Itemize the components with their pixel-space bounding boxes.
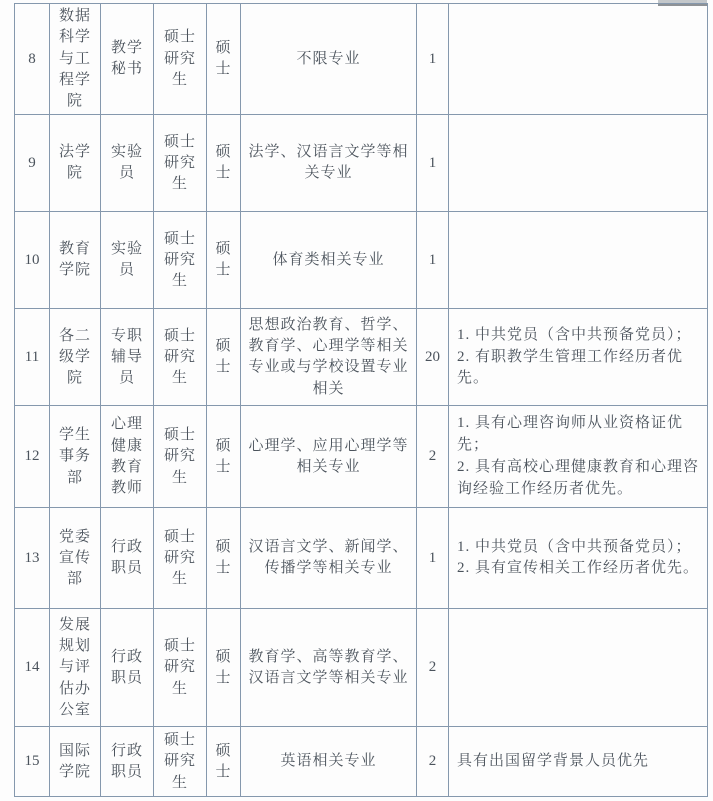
table-row: 10 教育学院 实验员 硕士研究生 硕士 体育类相关专业 1 — [15, 212, 708, 309]
cell-major: 法学、汉语言文学等相关专业 — [241, 115, 417, 212]
cell-education: 硕士研究生 — [154, 212, 207, 309]
cell-education: 硕士研究生 — [154, 309, 207, 406]
cell-degree: 硕士 — [207, 212, 241, 309]
cell-remark: 1. 具有心理咨询师从业资格证优先； 2. 具有高校心理健康教育和心理咨询经验工… — [449, 406, 708, 508]
cell-department: 国际学院 — [50, 727, 101, 797]
cell-department: 各二级学院 — [50, 309, 101, 406]
cell-major: 汉语言文学、新闻学、传播学等相关专业 — [241, 508, 417, 609]
cell-headcount: 1 — [417, 115, 449, 212]
cell-position: 实验员 — [101, 212, 154, 309]
cell-education: 硕士研究生 — [154, 4, 207, 115]
table-row: 11 各二级学院 专职辅导员 硕士研究生 硕士 思想政治教育、哲学、教育学、心理… — [15, 309, 708, 406]
cell-major: 心理学、应用心理学等相关专业 — [241, 406, 417, 508]
cell-position: 实验员 — [101, 115, 154, 212]
cell-major: 教育学、高等教育学、汉语言文学等相关专业 — [241, 609, 417, 727]
recruitment-table: 8 数据科学与工程学院 教学秘书 硕士研究生 硕士 不限专业 1 9 法学院 实… — [14, 3, 708, 797]
cell-remark — [449, 4, 708, 115]
table-row: 13 党委宣传部 行政职员 硕士研究生 硕士 汉语言文学、新闻学、传播学等相关专… — [15, 508, 708, 609]
cell-department: 教育学院 — [50, 212, 101, 309]
cell-remark: 1. 中共党员（含中共预备党员）； 2. 有职教学生管理工作经历者优先。 — [449, 309, 708, 406]
cell-row-number: 13 — [15, 508, 50, 609]
cell-row-number: 8 — [15, 4, 50, 115]
cell-position: 行政职员 — [101, 609, 154, 727]
document-sheet: 8 数据科学与工程学院 教学秘书 硕士研究生 硕士 不限专业 1 9 法学院 实… — [0, 0, 713, 801]
cell-headcount: 1 — [417, 508, 449, 609]
cell-position: 专职辅导员 — [101, 309, 154, 406]
cell-degree: 硕士 — [207, 115, 241, 212]
cell-row-number: 11 — [15, 309, 50, 406]
cell-row-number: 14 — [15, 609, 50, 727]
cell-headcount: 1 — [417, 4, 449, 115]
cell-education: 硕士研究生 — [154, 508, 207, 609]
table-row: 9 法学院 实验员 硕士研究生 硕士 法学、汉语言文学等相关专业 1 — [15, 115, 708, 212]
cell-degree: 硕士 — [207, 508, 241, 609]
cell-position: 行政职员 — [101, 508, 154, 609]
cell-headcount: 1 — [417, 212, 449, 309]
table-row: 14 发展规划与评估办公室 行政职员 硕士研究生 硕士 教育学、高等教育学、汉语… — [15, 609, 708, 727]
cell-remark: 1. 中共党员（含中共预备党员）； 2. 具有宣传相关工作经历者优先。 — [449, 508, 708, 609]
cell-education: 硕士研究生 — [154, 727, 207, 797]
cell-education: 硕士研究生 — [154, 609, 207, 727]
cell-remark — [449, 115, 708, 212]
cell-education: 硕士研究生 — [154, 115, 207, 212]
cell-major: 体育类相关专业 — [241, 212, 417, 309]
cell-department: 法学院 — [50, 115, 101, 212]
cell-headcount: 20 — [417, 309, 449, 406]
cell-row-number: 10 — [15, 212, 50, 309]
cell-department: 党委宣传部 — [50, 508, 101, 609]
table-row: 8 数据科学与工程学院 教学秘书 硕士研究生 硕士 不限专业 1 — [15, 4, 708, 115]
cell-department: 学生事务部 — [50, 406, 101, 508]
cell-position: 行政职员 — [101, 727, 154, 797]
cell-degree: 硕士 — [207, 727, 241, 797]
cell-row-number: 12 — [15, 406, 50, 508]
cell-position: 教学秘书 — [101, 4, 154, 115]
cell-remark — [449, 609, 708, 727]
cell-row-number: 9 — [15, 115, 50, 212]
table-row: 15 国际学院 行政职员 硕士研究生 硕士 英语相关专业 2 具有出国留学背景人… — [15, 727, 708, 797]
cell-headcount: 2 — [417, 406, 449, 508]
cell-major: 思想政治教育、哲学、教育学、心理学等相关专业或与学校设置专业相关 — [241, 309, 417, 406]
cell-degree: 硕士 — [207, 609, 241, 727]
cell-headcount: 2 — [417, 727, 449, 797]
cell-major: 英语相关专业 — [241, 727, 417, 797]
cell-education: 硕士研究生 — [154, 406, 207, 508]
table-row: 12 学生事务部 心理健康教育教师 硕士研究生 硕士 心理学、应用心理学等相关专… — [15, 406, 708, 508]
cell-row-number: 15 — [15, 727, 50, 797]
cell-degree: 硕士 — [207, 406, 241, 508]
cell-department: 发展规划与评估办公室 — [50, 609, 101, 727]
cell-major: 不限专业 — [241, 4, 417, 115]
cell-department: 数据科学与工程学院 — [50, 4, 101, 115]
cell-degree: 硕士 — [207, 309, 241, 406]
cell-remark — [449, 212, 708, 309]
cell-degree: 硕士 — [207, 4, 241, 115]
cell-remark: 具有出国留学背景人员优先 — [449, 727, 708, 797]
cell-headcount: 2 — [417, 609, 449, 727]
cell-position: 心理健康教育教师 — [101, 406, 154, 508]
